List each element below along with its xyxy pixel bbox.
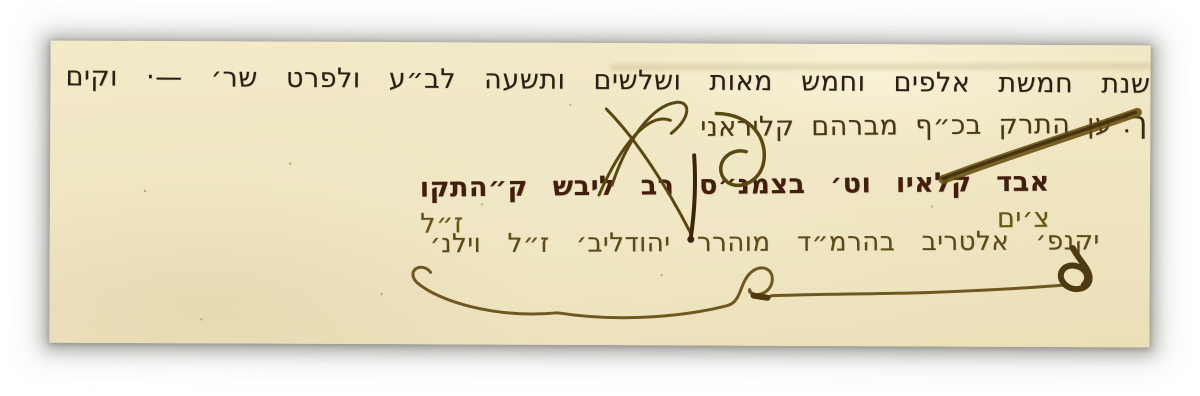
scanned-document-photo: שנת חמשת אלפים וחמש מאות ושלשים ותשעה לב… <box>0 0 1200 396</box>
manuscript-detached-letter: ך׃ <box>1122 105 1147 140</box>
manuscript-paper: שנת חמשת אלפים וחמש מאות ושלשים ותשעה לב… <box>49 41 1150 348</box>
manuscript-line-signature-2: יקנפ׳ אלטריב בהרמ״ד מוהרר יהודליב׳ ז״ל ו… <box>430 223 1100 262</box>
manuscript-line-attestation: ען התרק בכ״ף מברהם קליראני <box>700 107 1112 146</box>
signature-1-main-text: אבד קלאיו וט׳ בצמנ״ס רב ליבש ק״התקו <box>420 167 1050 204</box>
manuscript-line-date: שנת חמשת אלפים וחמש מאות ושלשים ותשעה לב… <box>65 59 1150 103</box>
